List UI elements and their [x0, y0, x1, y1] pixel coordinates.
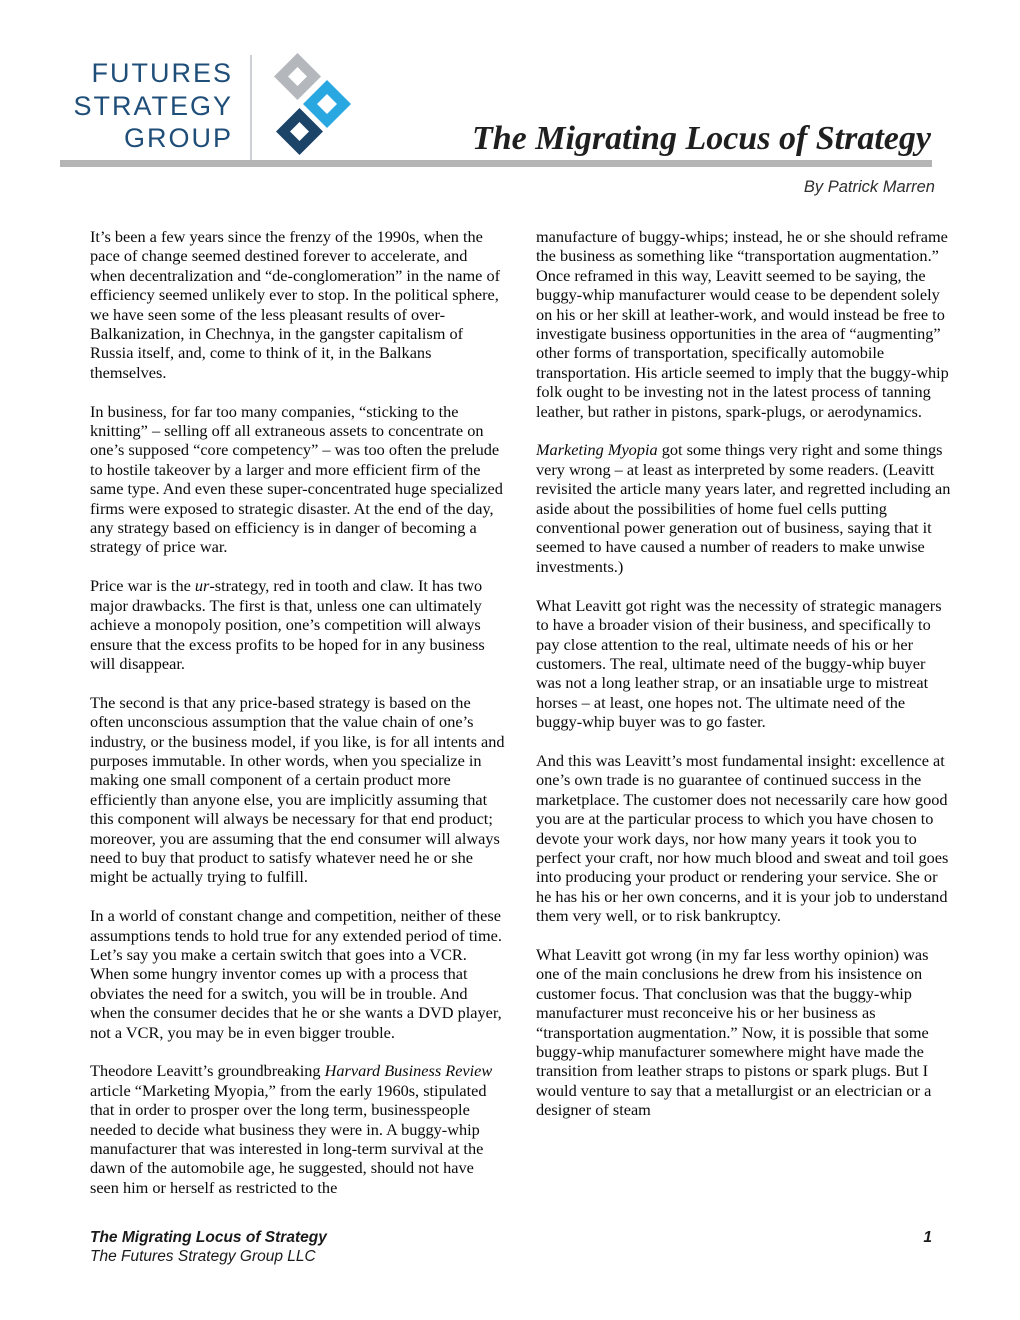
paragraph: What Leavitt got right was the necessity…: [536, 596, 952, 732]
paragraph: It’s been a few years since the frenzy o…: [90, 227, 506, 382]
byline: By Patrick Marren: [804, 178, 935, 197]
paragraph: In business, for far too many companies,…: [90, 402, 506, 557]
footer: The Migrating Locus of Strategy The Futu…: [90, 1229, 327, 1266]
article-column-left: It’s been a few years since the frenzy o…: [90, 227, 506, 1197]
article-column-right: manufacture of buggy-whips; instead, he …: [536, 227, 952, 1197]
footer-page-number: 1: [923, 1229, 932, 1247]
logo-line-group: GROUP: [73, 122, 233, 155]
logo-line-strategy: STRATEGY: [73, 90, 233, 123]
header-rule: [60, 160, 932, 167]
paragraph: The second is that any price-based strat…: [90, 693, 506, 887]
paragraph: Theodore Leavitt’s groundbreaking Harvar…: [90, 1061, 506, 1197]
paragraph: manufacture of buggy-whips; instead, he …: [536, 227, 952, 421]
paragraph: Marketing Myopia got some things very ri…: [536, 440, 952, 576]
article-body: It’s been a few years since the frenzy o…: [90, 227, 952, 1197]
paragraph: Price war is the ur-strategy, red in too…: [90, 576, 506, 673]
paragraph: In a world of constant change and compet…: [90, 906, 506, 1042]
footer-document-title: The Migrating Locus of Strategy: [90, 1229, 327, 1248]
logo-wordmark: FUTURES STRATEGY GROUP: [73, 57, 233, 155]
paragraph: What Leavitt got wrong (in my far less w…: [536, 945, 952, 1120]
logo-line-futures: FUTURES: [73, 57, 233, 90]
diamonds-logo-icon: [268, 50, 358, 165]
page-title: The Migrating Locus of Strategy: [472, 120, 931, 158]
footer-company-name: The Futures Strategy Group LLC: [90, 1248, 327, 1267]
diamond-gray-icon: [274, 53, 321, 100]
logo-divider-line: [250, 55, 252, 161]
document-page: FUTURES STRATEGY GROUP The Migrating Loc…: [0, 0, 1020, 1320]
paragraph: And this was Leavitt’s most fundamental …: [536, 751, 952, 926]
